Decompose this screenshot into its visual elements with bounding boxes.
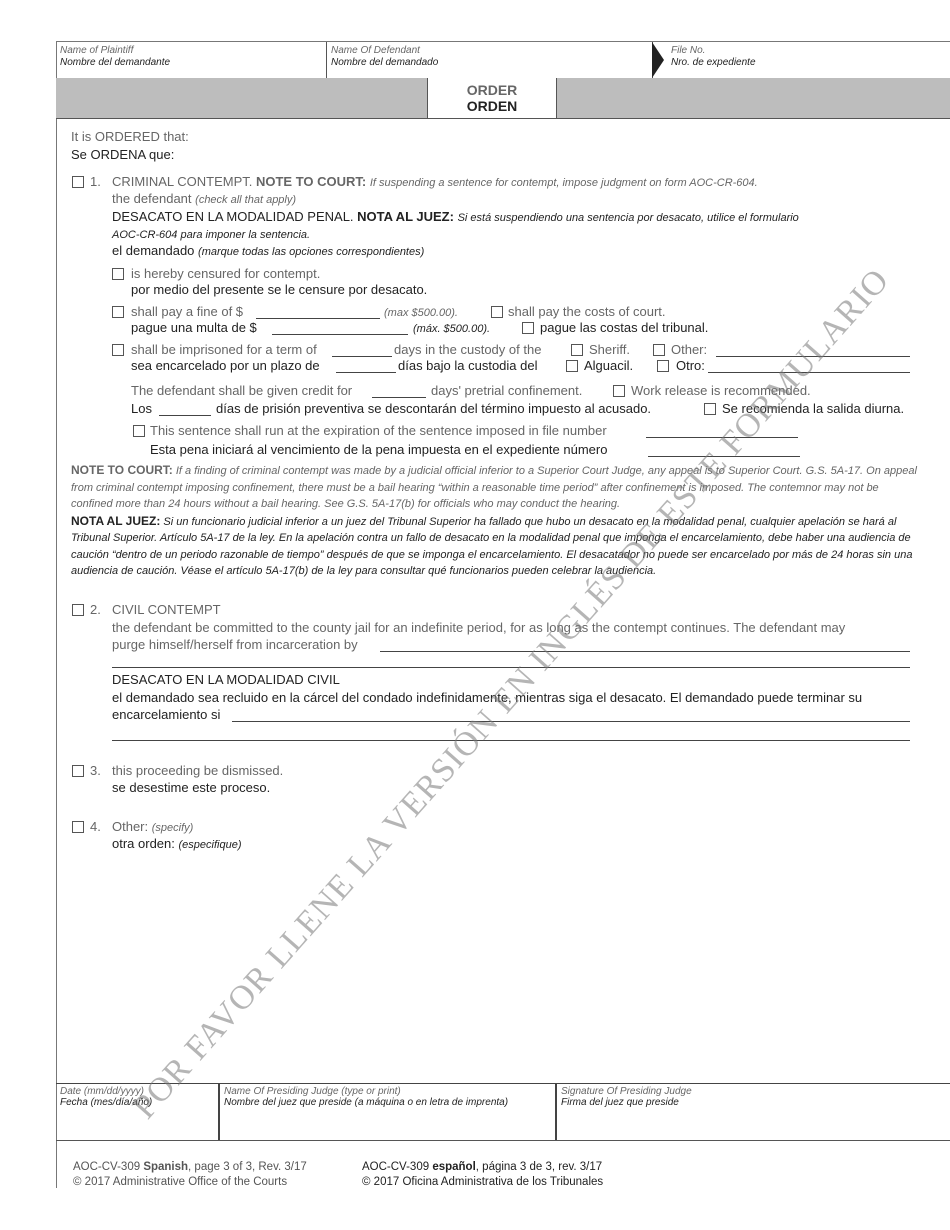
item2-number: 2. — [90, 602, 101, 618]
intro-es: Se ORDENA que: — [71, 147, 174, 163]
file-number-input[interactable] — [646, 437, 798, 438]
other-custody-input[interactable] — [716, 356, 910, 357]
form-lang-es: español — [432, 1161, 475, 1173]
note-text-en: If suspending a sentence for contempt, i… — [370, 177, 758, 189]
check-all-es: (marque todas las opciones correspondien… — [198, 246, 424, 258]
sheriff-checkbox[interactable] — [571, 344, 583, 356]
note-to-court-text: If a finding of criminal contempt was ma… — [71, 465, 917, 510]
specify-hint: (specify) — [152, 822, 194, 834]
criminal-contempt-checkbox[interactable] — [72, 176, 84, 188]
dismissed-en: this proceeding be dismissed. — [112, 763, 283, 779]
criminal-contempt-title: CRIMINAL CONTEMPT. — [112, 174, 252, 189]
item3-number: 3. — [90, 763, 101, 779]
file-no-label-es: Nro. de expediente — [671, 57, 943, 69]
otro-input[interactable] — [708, 372, 910, 373]
credit-en-b: days' pretrial confinement. — [431, 383, 582, 399]
credit-es-b: días de prisión preventiva se descontará… — [216, 401, 651, 417]
fine-max-en: (max $500.00). — [384, 305, 458, 321]
signature-field[interactable]: Signature Of Presiding Judge Firma del j… — [557, 1084, 945, 1110]
civil-text-es-1: el demandado sea recluido en la cárcel d… — [112, 690, 862, 706]
judge-name-field[interactable]: Name Of Presiding Judge (type or print) … — [220, 1084, 558, 1110]
civil-text-es-2: encarcelamiento si — [112, 707, 220, 723]
purge-condition-input-2[interactable] — [112, 667, 910, 668]
case-header: Name of Plaintiff Nombre del demandante … — [56, 41, 950, 79]
copyright-en: © 2017 Administrative Office of the Cour… — [73, 1175, 307, 1190]
consecutive-en: This sentence shall run at the expiratio… — [150, 423, 607, 439]
civil-contempt-checkbox[interactable] — [72, 604, 84, 616]
form-id-es: AOC-CV-309 español, página 3 de 3, rev. … — [362, 1160, 603, 1190]
censured-checkbox[interactable] — [112, 268, 124, 280]
sheriff-en: Sheriff. — [589, 342, 630, 358]
imprisoned-checkbox[interactable] — [112, 344, 124, 356]
form-lang-en: Spanish — [143, 1161, 188, 1173]
note-text-es-2: AOC-CR-604 para imponer la sentencia. — [112, 227, 310, 243]
imprison-days-es-input[interactable] — [336, 372, 396, 373]
defendant-field[interactable]: Name Of Defendant Nombre del demandado — [327, 42, 652, 78]
note-label-en: NOTE TO COURT: — [256, 174, 366, 189]
censured-en: is hereby censured for contempt. — [131, 266, 320, 282]
signature-label-en: Signature Of Presiding Judge — [561, 1086, 941, 1097]
fine-checkbox[interactable] — [112, 306, 124, 318]
signature-block: Date (mm/dd/yyyy) Fecha (mes/día/año) Na… — [56, 1083, 950, 1141]
salida-diurna-checkbox[interactable] — [704, 403, 716, 415]
intro-en: It is ORDERED that: — [71, 129, 189, 145]
other-order-es: otra orden: (especifique) — [112, 836, 241, 853]
defendant-label-es: Nombre del demandado — [331, 57, 648, 69]
check-all-en: (check all that apply) — [195, 194, 296, 206]
fine-max-es: (máx. $500.00). — [413, 321, 490, 337]
dismissed-checkbox[interactable] — [72, 765, 84, 777]
alguacil-es: Alguacil. — [584, 358, 633, 374]
copyright-es: © 2017 Oficina Administrativa de los Tri… — [362, 1175, 603, 1190]
item1-defendant-en: the defendant (check all that apply) — [112, 191, 296, 208]
consecutive-sentence-checkbox[interactable] — [133, 425, 145, 437]
court-costs-es-checkbox[interactable] — [522, 322, 534, 334]
imprison-en-b: days in the custody of the — [394, 342, 541, 358]
date-field[interactable]: Date (mm/dd/yyyy) Fecha (mes/día/año) — [56, 1084, 222, 1110]
purge-condition-es-input-2[interactable] — [112, 740, 910, 741]
civil-text-en-2: purge himself/herself from incarceration… — [112, 637, 358, 653]
work-release-en: Work release is recommended. — [631, 383, 811, 399]
judge-name-label-en: Name Of Presiding Judge (type or print) — [224, 1086, 554, 1097]
form-page-en: , page 3 of 3, Rev. 3/17 — [188, 1161, 307, 1173]
item1-heading-es: DESACATO EN LA MODALIDAD PENAL. NOTA AL … — [112, 209, 799, 226]
item1-heading-en: CRIMINAL CONTEMPT. NOTE TO COURT: If sus… — [112, 174, 758, 191]
civil-contempt-title-es: DESACATO EN LA MODALIDAD CIVIL — [112, 672, 340, 688]
judge-name-label-es: Nombre del juez que preside (a máquina o… — [224, 1097, 554, 1108]
fine-amount-input[interactable] — [256, 318, 380, 319]
file-no-label-en: File No. — [671, 45, 943, 57]
arrow-right-icon — [652, 42, 664, 78]
defendant-es: el demandado — [112, 243, 194, 258]
civil-contempt-title: CIVIL CONTEMPT — [112, 602, 221, 618]
work-release-es: Se recomienda la salida diurna. — [722, 401, 904, 417]
defendant-en: the defendant — [112, 191, 192, 206]
form-id-en: AOC-CV-309 Spanish, page 3 of 3, Rev. 3/… — [73, 1160, 307, 1190]
imprison-es-b: días bajo la custodia del — [398, 358, 537, 374]
other-order-checkbox[interactable] — [72, 821, 84, 833]
form-id-es-a: AOC-CV-309 — [362, 1161, 432, 1173]
other-label-es: otra orden: — [112, 836, 175, 851]
otro-checkbox[interactable] — [657, 360, 669, 372]
nota-al-juez-label: NOTA AL JUEZ: — [71, 514, 160, 528]
imprison-es-a: sea encarcelado por un plazo de — [131, 358, 320, 374]
page-title: ORDER ORDEN — [427, 78, 557, 118]
title-en: ORDER — [428, 82, 556, 98]
work-release-checkbox[interactable] — [613, 385, 625, 397]
note-label-es: NOTA AL JUEZ: — [357, 209, 454, 224]
file-number-field[interactable]: File No. Nro. de expediente — [667, 42, 947, 78]
note-to-court-label: NOTE TO COURT: — [71, 463, 173, 477]
item1-defendant-es: el demandado (marque todas las opciones … — [112, 243, 424, 260]
note-to-court: NOTE TO COURT: If a finding of criminal … — [71, 462, 921, 580]
note-text-es: Si está suspendiendo una sentencia por d… — [458, 212, 799, 224]
form-id-en-a: AOC-CV-309 — [73, 1161, 143, 1173]
title-es: ORDEN — [428, 98, 556, 114]
fine-en: shall pay a fine of $ — [131, 304, 243, 320]
other-label-en: Other: — [112, 819, 148, 834]
plaintiff-label-es: Nombre del demandante — [60, 57, 322, 69]
date-label-es: Fecha (mes/día/año) — [60, 1097, 218, 1108]
credit-days-input[interactable] — [372, 397, 426, 398]
file-number-es-input[interactable] — [648, 456, 800, 457]
plaintiff-label-en: Name of Plaintiff — [60, 45, 322, 57]
purge-condition-input[interactable] — [380, 651, 910, 652]
credit-en-a: The defendant shall be given credit for — [131, 383, 352, 399]
other-custody-checkbox[interactable] — [653, 344, 665, 356]
purge-condition-es-input[interactable] — [232, 721, 910, 722]
other-en: Other: — [671, 342, 707, 358]
court-costs-checkbox[interactable] — [491, 306, 503, 318]
signature-label-es: Firma del juez que preside — [561, 1097, 941, 1108]
consecutive-es: Esta pena iniciará al vencimiento de la … — [150, 442, 607, 458]
form-left-border — [56, 41, 57, 1188]
nota-al-juez-text: Si un funcionario judicial inferior a un… — [71, 516, 912, 578]
item1-number: 1. — [90, 174, 101, 190]
especifique-hint: (especifique) — [179, 839, 242, 851]
imprison-days-input[interactable] — [332, 356, 392, 357]
item4-number: 4. — [90, 819, 101, 835]
credit-es-a: Los — [131, 401, 152, 417]
other-order-en: Other: (specify) — [112, 819, 193, 836]
defendant-label-en: Name Of Defendant — [331, 45, 648, 57]
plaintiff-field[interactable]: Name of Plaintiff Nombre del demandante — [56, 42, 326, 78]
criminal-contempt-title-es: DESACATO EN LA MODALIDAD PENAL. — [112, 209, 354, 224]
alguacil-checkbox[interactable] — [566, 360, 578, 372]
date-label-en: Date (mm/dd/yyyy) — [60, 1086, 218, 1097]
fine-es: pague una multa de $ — [131, 320, 257, 336]
imprison-en-a: shall be imprisoned for a term of — [131, 342, 317, 358]
court-costs-en: shall pay the costs of court. — [508, 304, 666, 320]
credit-days-es-input[interactable] — [159, 415, 211, 416]
court-costs-es: pague las costas del tribunal. — [540, 320, 708, 336]
other-order-text-area[interactable] — [112, 860, 912, 1070]
fine-amount-es-input[interactable] — [272, 334, 408, 335]
civil-text-en-1: the defendant be committed to the county… — [112, 620, 845, 636]
form-page-es: , página 3 de 3, rev. 3/17 — [476, 1161, 602, 1173]
censured-es: por medio del presente se le censure por… — [131, 282, 427, 298]
dismissed-es: se desestime este proceso. — [112, 780, 270, 796]
otro-es: Otro: — [676, 358, 705, 374]
